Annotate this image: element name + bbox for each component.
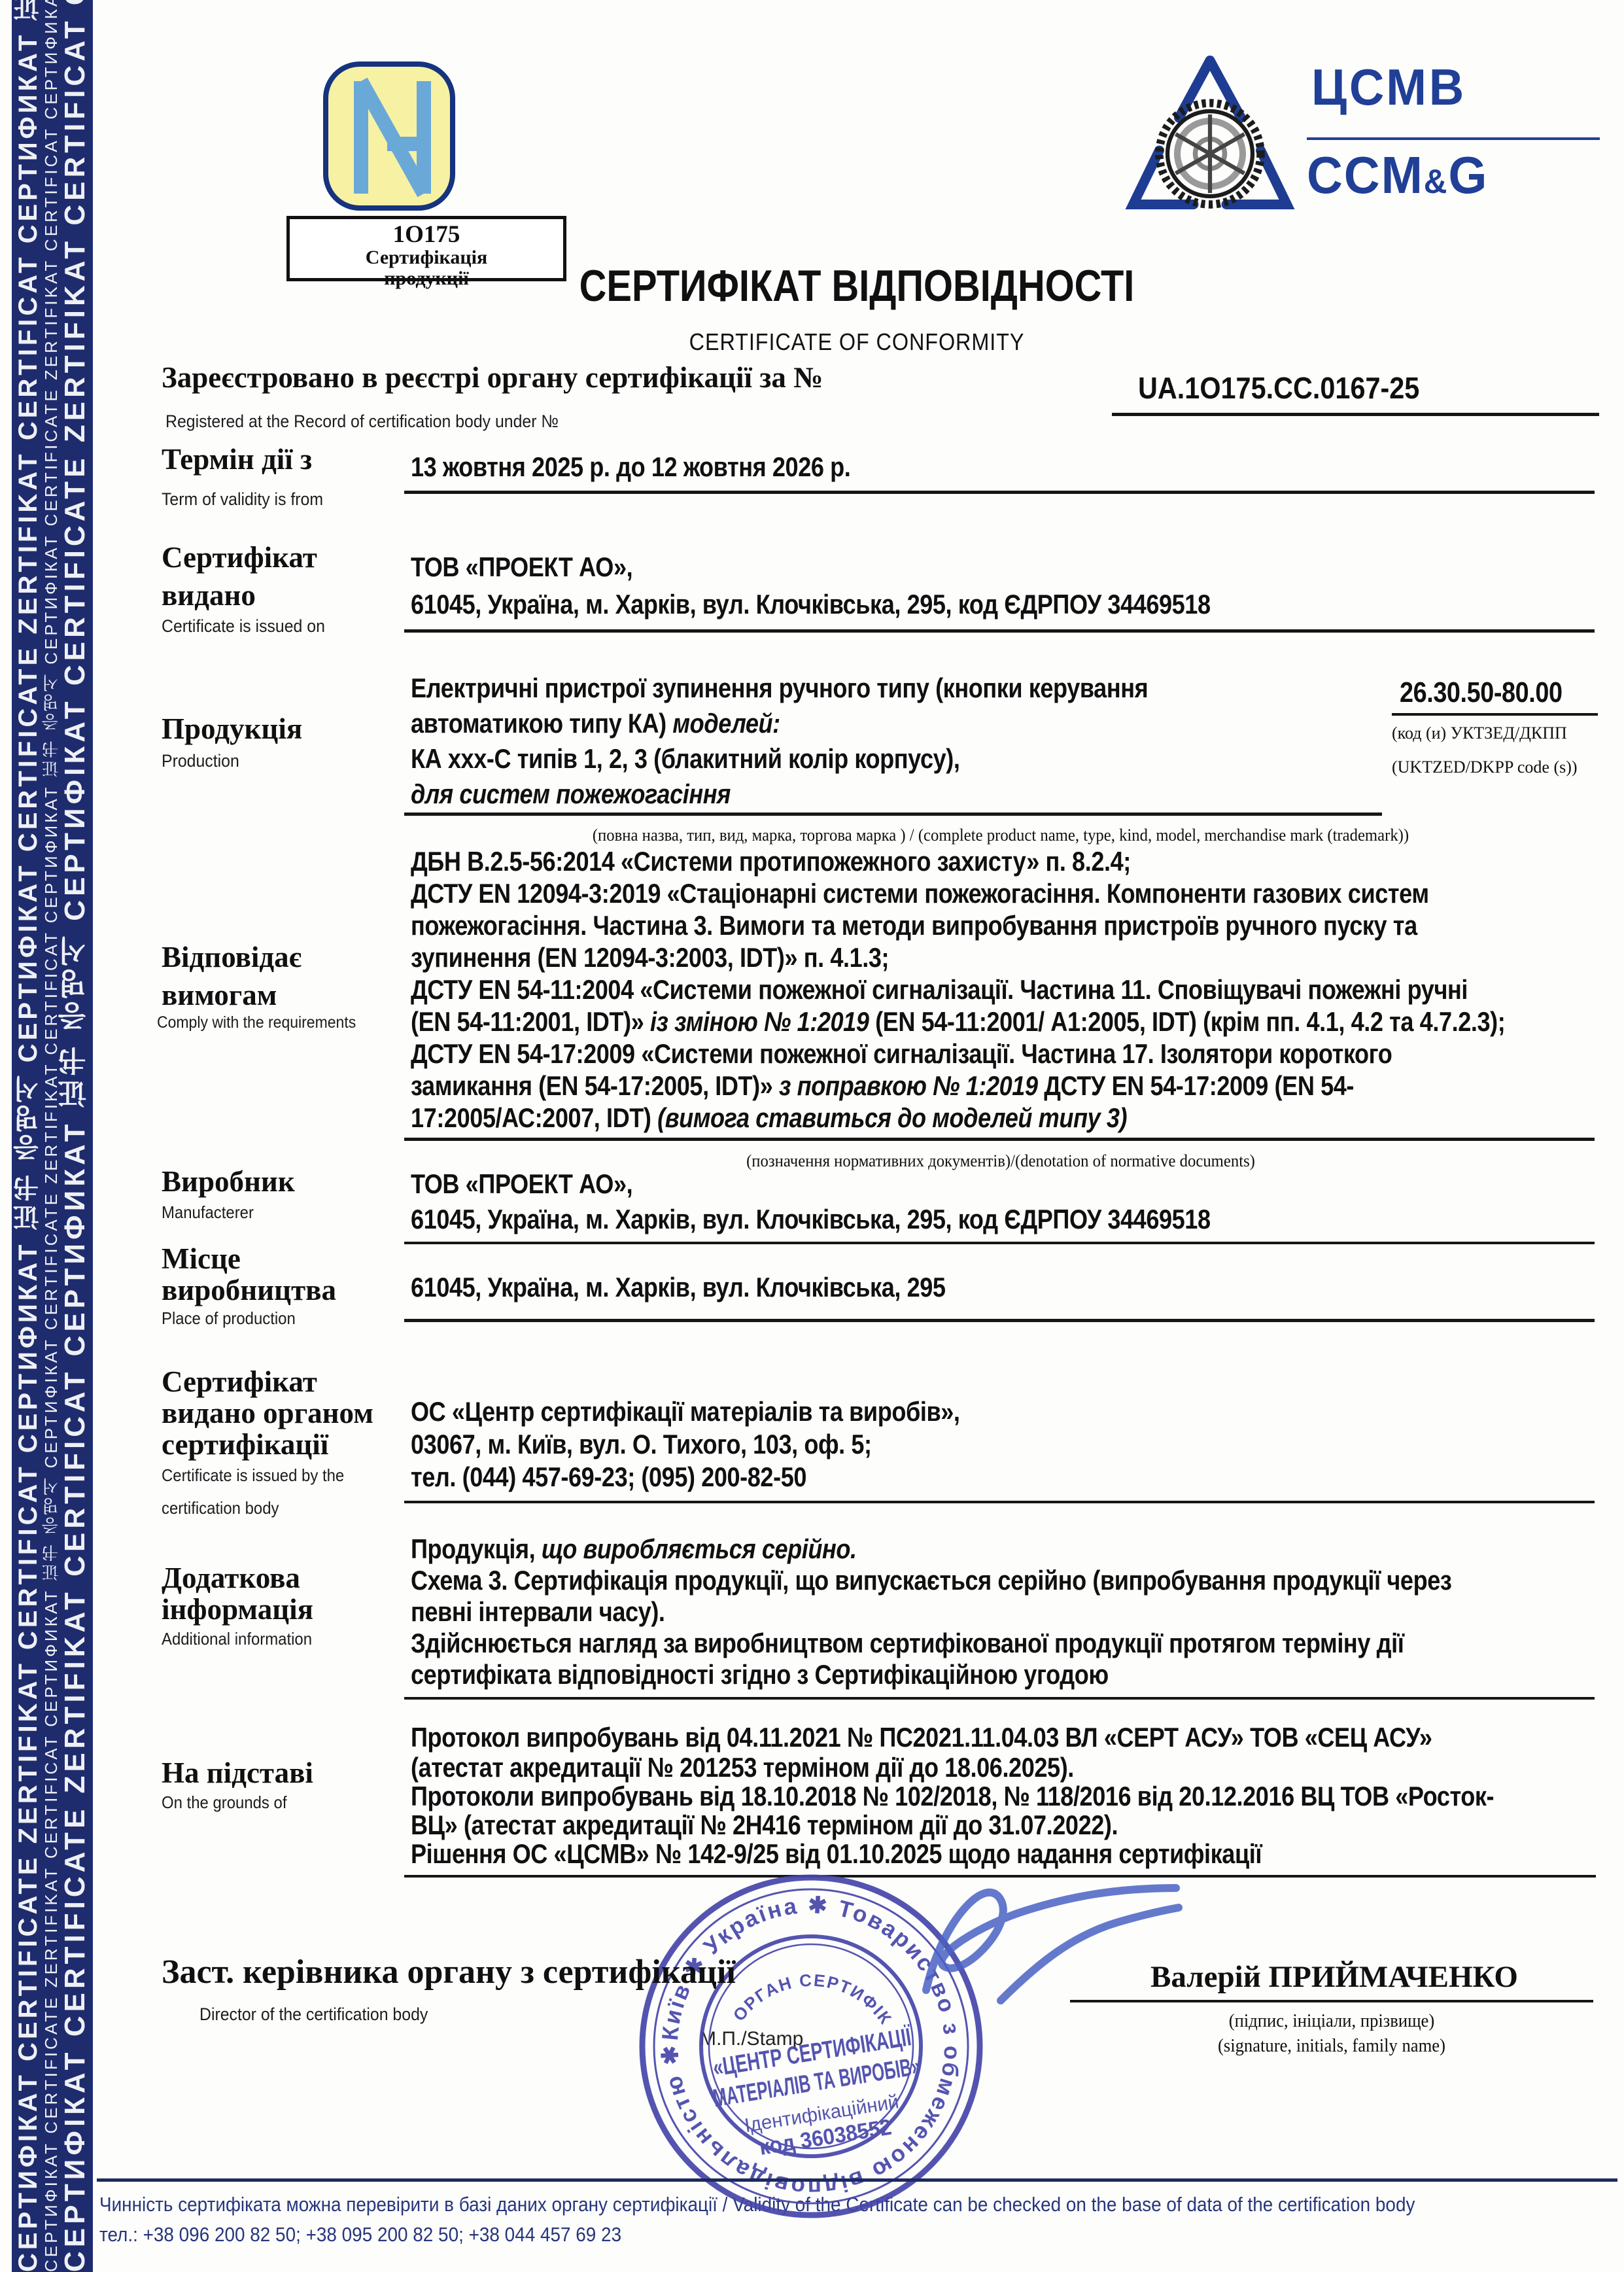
strip-column-1: СЕРТИФІКАТ CERTIFICATE ZERTIFIKAT CERTIF…	[15, 0, 41, 2272]
comply-line4: зупинення (EN 12094-3:2003, IDT)» п. 4.1…	[411, 942, 889, 973]
cert-body-line2: 03067, м. Київ, вул. О. Тихого, 103, оф.…	[411, 1429, 872, 1460]
place-value: 61045, Україна, м. Харків, вул. Клочківс…	[411, 1272, 946, 1303]
comply-line5: ДСТУ EN 54-11:2004 «Системи пожежної сиг…	[411, 974, 1468, 1005]
cert-body-label-en-1: Certificate is issued by the	[162, 1465, 344, 1486]
issued-to-label-en: Certificate is issued on	[162, 616, 325, 637]
cert-body-label-3: сертифікації	[162, 1427, 328, 1461]
place-label-2: виробництва	[162, 1273, 336, 1307]
comply-line2: ДСТУ EN 12094-3:2019 «Стаціонарні систем…	[411, 878, 1429, 909]
comply-line9: 17:2005/АС:2007, IDT) (вимога ставиться …	[411, 1102, 1127, 1134]
issued-to-label-2: видано	[162, 578, 256, 612]
additional-line4: Здійснюється нагляд за виробництвом серт…	[411, 1628, 1404, 1659]
registration-number: UA.1О175.CC.0167-25	[1138, 370, 1419, 406]
comply-line8-c: ДСТУ EN 54-17:2009 (EN 54-	[1038, 1070, 1354, 1101]
ua-certification-logo-icon	[322, 60, 457, 212]
comply-line9-b: (вимога ставиться до моделей типу 3)	[657, 1102, 1127, 1133]
strip-column-3: СЕРТИФІКАТ CERTIFICATE ZERTIFIKAT CERTIF…	[61, 0, 90, 2272]
csmv-divider	[1307, 137, 1600, 140]
grounds-line4: ВЦ» (атестат акредитації № 2Н416 терміно…	[411, 1809, 1118, 1841]
term-label-en: Term of validity is from	[162, 489, 323, 510]
page-title: СЕРТИФІКАТ ВІДПОВІДНОСТІ	[423, 260, 1290, 311]
grounds-label: На підставі	[162, 1756, 313, 1790]
comply-line1: ДБН В.2.5-56:2014 «Системи протипожежног…	[411, 846, 1131, 877]
manufacturer-label-en: Manufacterer	[162, 1202, 254, 1223]
comply-line7: ДСТУ EN 54-17:2009 «Системи пожежної сиг…	[411, 1038, 1392, 1070]
comply-label-en: Comply with the requirements	[157, 1013, 356, 1032]
additional-line3: певні інтервали часу).	[411, 1596, 665, 1628]
signature-role-label: Заст. керівника органу з сертифікації	[162, 1953, 736, 1991]
grounds-label-en: On the grounds of	[162, 1792, 286, 1813]
cert-body-label-1: Сертифікат	[162, 1365, 317, 1399]
manufacturer-label: Виробник	[162, 1164, 295, 1198]
production-line2-italic: моделей:	[672, 708, 780, 739]
strip-column-2: СЕРТИФІКАТ CERTIFICATE ZERTIFIKAT CERTIF…	[43, 0, 60, 2272]
page-subtitle: CERTIFICATE OF CONFORMITY	[398, 328, 1316, 356]
uktzed-code: 26.30.50-80.00	[1400, 676, 1563, 709]
additional-label-2: інформація	[162, 1592, 313, 1626]
production-line2: автоматикою типу КА) моделей:	[411, 708, 780, 739]
production-label-en: Production	[162, 751, 239, 771]
issued-to-underline	[404, 629, 1595, 633]
additional-underline	[404, 1697, 1595, 1700]
manufacturer-line2: 61045, Україна, м. Харків, вул. Клочківс…	[411, 1204, 1211, 1235]
certificate-page: СЕРТИФІКАТ CERTIFICATE ZERTIFIKAT CERTIF…	[0, 0, 1624, 2272]
production-line1: Електричні пристрої зупинення ручного ти…	[411, 673, 1148, 704]
cert-body-line3: тел. (044) 457-69-23; (095) 200-82-50	[411, 1461, 806, 1493]
uktzed-code-caption-en: (UKTZED/DKPP code (s))	[1392, 758, 1578, 777]
additional-line1-b: що виробляється серійно.	[542, 1533, 857, 1564]
cert-body-label-2: видано органом	[162, 1396, 373, 1430]
grounds-line3: Протоколи випробувань від 18.10.2018 № 1…	[411, 1781, 1494, 1812]
issued-to-line1: ТОВ «ПРОЕКТ АО»,	[411, 551, 632, 583]
manufacturer-underline	[404, 1242, 1595, 1244]
footer-divider	[97, 2178, 1617, 2182]
production-line2-normal: автоматикою типу КА)	[411, 708, 672, 739]
signature-ink	[903, 1862, 1190, 2032]
comply-line6-c: (EN 54-11:2001/ А1:2005, IDT) (крім пп. …	[869, 1006, 1505, 1037]
footer-phones: тел.: +38 096 200 82 50; +38 095 200 82 …	[99, 2223, 621, 2246]
issued-to-label-1: Сертифікат	[162, 540, 317, 574]
csmv-ampersand: &	[1424, 163, 1449, 201]
additional-line1-a: Продукція,	[411, 1533, 542, 1564]
csmv-emblem-icon	[1112, 52, 1308, 219]
comply-line8-a: замикання (EN 54-17:2005, IDT)»	[411, 1070, 779, 1101]
comply-line8: замикання (EN 54-17:2005, IDT)» з поправ…	[411, 1070, 1354, 1102]
registration-label: Зареєстровано в реєстрі органу сертифіка…	[162, 360, 823, 394]
csmv-title-latin: CCM&G	[1307, 145, 1488, 205]
cert-body-line1: ОС «Центр сертифікації матеріалів та вир…	[411, 1396, 959, 1427]
production-underline	[404, 813, 1382, 816]
registration-label-en: Registered at the Record of certificatio…	[165, 411, 559, 432]
comply-line8-b: з поправкою № 1:2019	[779, 1070, 1038, 1101]
term-underline	[404, 491, 1595, 494]
comply-label-2: вимогам	[162, 978, 277, 1012]
comply-line9-a: 17:2005/АС:2007, IDT)	[411, 1102, 657, 1133]
term-label: Термін дії з	[162, 442, 312, 476]
comply-label-1: Відповідає	[162, 940, 302, 974]
uktzed-code-caption-uk: (код (и) УКТЗЕД/ДКПП	[1392, 724, 1567, 743]
grounds-line2: (атестат акредитації № 201253 терміном д…	[411, 1752, 1074, 1783]
production-line4: для систем пожежогасіння	[411, 778, 731, 810]
additional-label-1: Додаткова	[162, 1561, 300, 1595]
additional-line2: Схема 3. Сертифікація продукції, що випу…	[411, 1565, 1451, 1596]
comply-underline	[404, 1138, 1595, 1141]
production-caption: (повна назва, тип, вид, марка, торгова м…	[448, 826, 1554, 845]
issued-to-line2: 61045, Україна, м. Харків, вул. Клочківс…	[411, 589, 1211, 620]
term-value: 13 жовтня 2025 р. до 12 жовтня 2026 р.	[411, 451, 850, 483]
comply-line6-b: із зміною № 1:2019	[650, 1006, 869, 1037]
logo-code: 1О175	[290, 222, 563, 247]
place-label-en: Place of production	[162, 1308, 296, 1329]
grounds-line1: Протокол випробувань від 04.11.2021 № ПС…	[411, 1722, 1432, 1753]
cert-body-label-en-2: certification body	[162, 1498, 279, 1518]
cert-body-underline	[404, 1501, 1595, 1503]
additional-line1: Продукція, що виробляється серійно.	[411, 1533, 857, 1565]
registration-underline	[1112, 413, 1599, 416]
additional-line5: сертифіката відповідності згідно з Серти…	[411, 1659, 1109, 1690]
signature-caption-en: (signature, initials, family name)	[1083, 2036, 1580, 2057]
csmv-latin-post: G	[1448, 146, 1488, 204]
csmv-latin-pre: CCM	[1307, 146, 1424, 204]
production-line3: КА ххх-С типів 1, 2, 3 (блакитний колір …	[411, 743, 959, 775]
left-language-strip: СЕРТИФІКАТ CERTIFICATE ZERTIFIKAT CERTIF…	[12, 0, 93, 2272]
additional-label-en: Additional information	[162, 1629, 312, 1649]
comply-line3: пожежогасіння. Частина 3. Вимоги та мето…	[411, 910, 1417, 941]
comply-line6: (EN 54-11:2001, IDT)» із зміною № 1:2019…	[411, 1006, 1505, 1038]
place-label-1: Місце	[162, 1242, 241, 1276]
comply-line6-a: (EN 54-11:2001, IDT)»	[411, 1006, 650, 1037]
signature-role-label-en: Director of the certification body	[199, 2004, 428, 2025]
csmv-title-cyrillic: ЦСМВ	[1311, 58, 1466, 117]
uktzed-code-underline	[1392, 713, 1598, 716]
place-underline	[404, 1319, 1595, 1322]
production-label: Продукція	[162, 712, 302, 746]
manufacturer-line1: ТОВ «ПРОЕКТ АО»,	[411, 1168, 632, 1200]
